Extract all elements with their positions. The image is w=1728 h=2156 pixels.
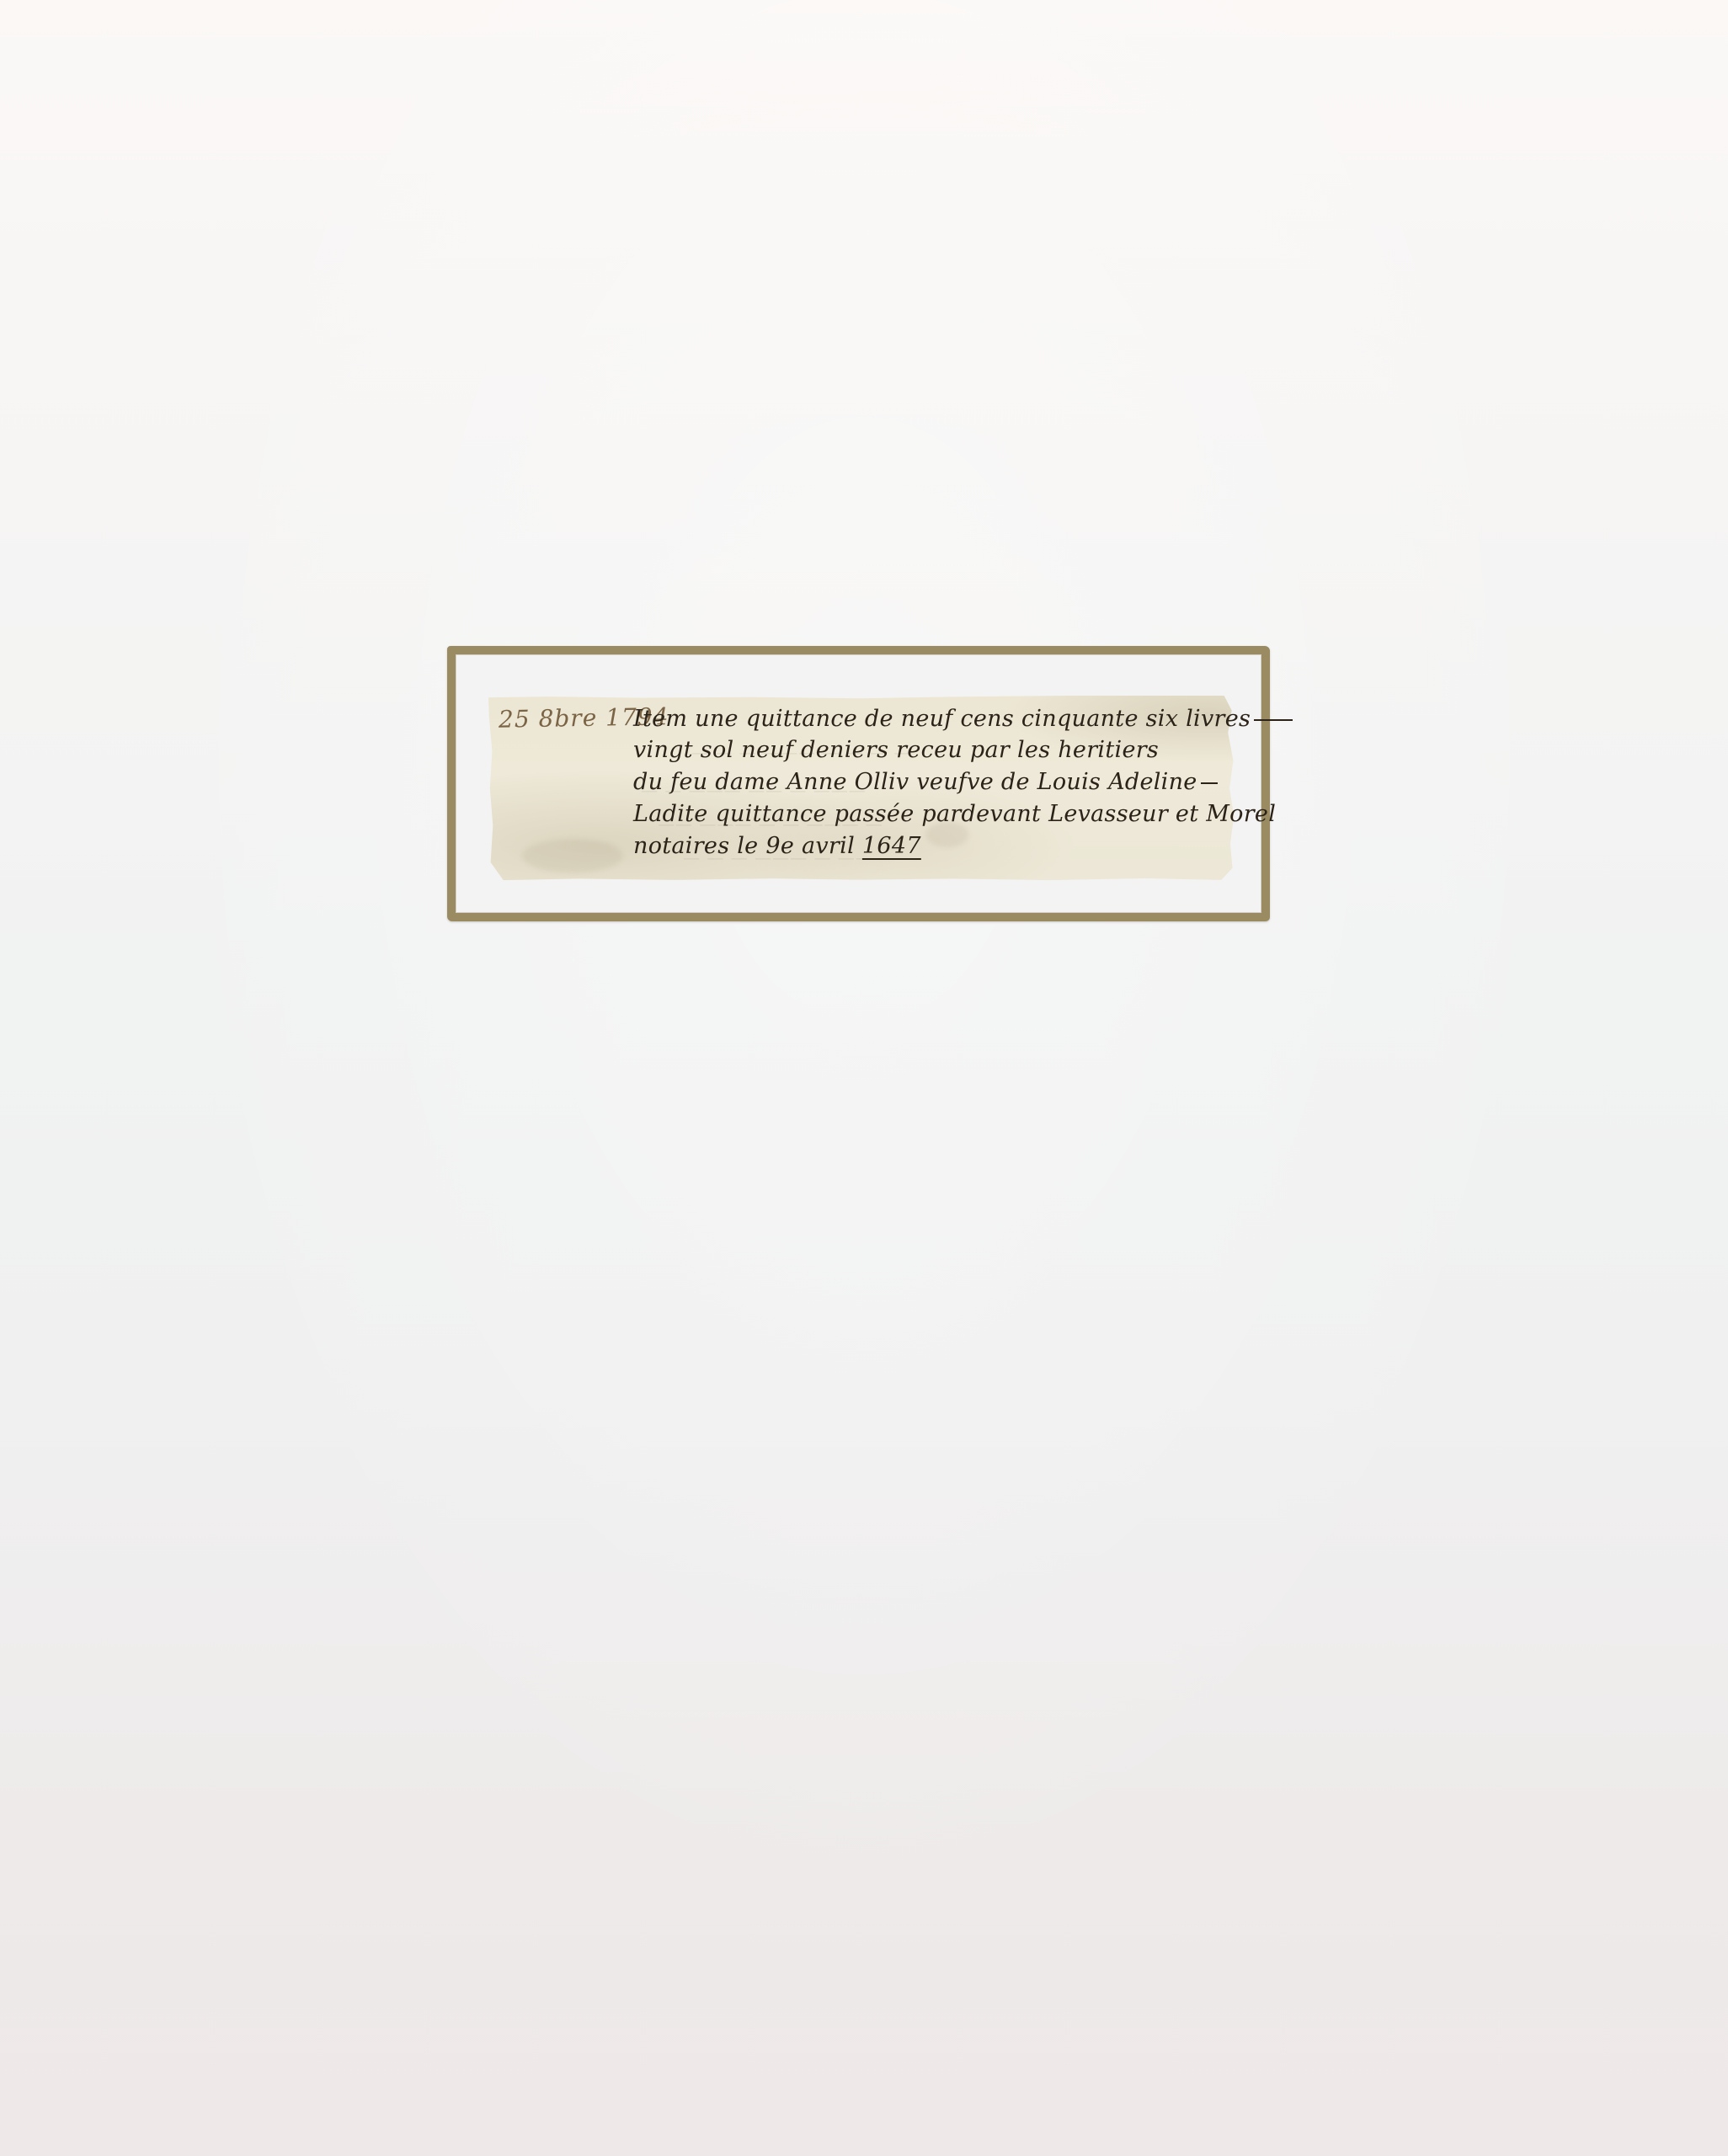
manuscript-line-5-text: notaires le 9e avril 1647: [633, 833, 921, 859]
background-vignette: [0, 0, 1728, 2156]
manuscript-line-1-text: Item une quittance de neuf cens cinquant…: [633, 706, 1251, 732]
manuscript-line-5: notaires le 9e avril 1647: [633, 835, 921, 857]
manuscript-line-2: vingt sol neuf deniers receu par les her…: [633, 739, 1159, 761]
line-end-flourish: [1254, 719, 1293, 721]
manuscript-line-1: Item une quittance de neuf cens cinquant…: [633, 707, 1293, 730]
underlined-year: 1647: [862, 833, 921, 859]
line-end-flourish: [1201, 782, 1218, 784]
manuscript-line-2-text: vingt sol neuf deniers receu par les her…: [633, 737, 1159, 763]
paper-stain: [522, 839, 623, 873]
manuscript-line-3-text: du feu dame Anne Olliv veufve de Louis A…: [633, 769, 1197, 795]
manuscript-line-3: du feu dame Anne Olliv veufve de Louis A…: [633, 771, 1218, 793]
manuscript-line-4: Ladite quittance passée pardevant Levass…: [633, 803, 1276, 825]
manuscript-line-4-text: Ladite quittance passée pardevant Levass…: [633, 801, 1276, 827]
